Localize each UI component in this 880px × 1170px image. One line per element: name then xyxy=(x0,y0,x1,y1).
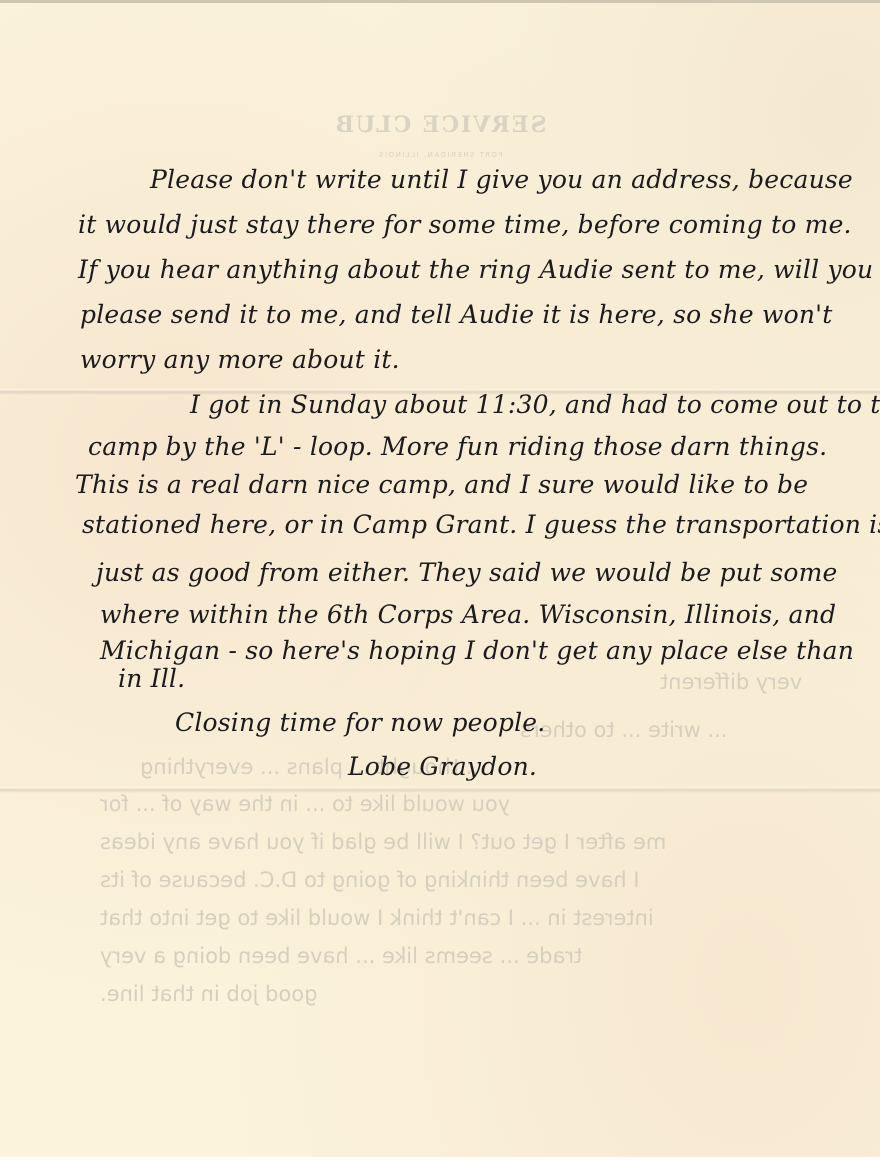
closing-line: Closing time for now people. xyxy=(175,708,545,737)
letter-line: I got in Sunday about 11:30, and had to … xyxy=(190,390,880,419)
letter-line: Michigan - so here's hoping I don't get … xyxy=(100,636,854,665)
letter-page: SERVICE CLUB FORT SHERIDAN, ILLINOIS ver… xyxy=(0,0,880,1157)
letter-line: where within the 6th Corps Area. Wiscons… xyxy=(100,600,836,629)
letter-line: it would just stay there for some time, … xyxy=(78,210,852,239)
letter-line: in Ill. xyxy=(118,664,185,693)
reverse-text-line: me after I get out? I will be glad if yo… xyxy=(100,830,666,854)
reverse-text-line: I have been thinking of going to D.C. be… xyxy=(100,868,640,892)
reverse-text-line: trade ... seems like ... have been doing… xyxy=(100,944,582,968)
reverse-text-line: good job in that line. xyxy=(100,982,317,1006)
reverse-text-line: you would like to ... in the way of ... … xyxy=(100,792,510,816)
letter-line: worry any more about it. xyxy=(80,345,400,374)
letterhead-showthrough-subtitle: FORT SHERIDAN, ILLINOIS xyxy=(0,151,880,159)
letter-line: This is a real darn nice camp, and I sur… xyxy=(75,470,808,499)
signature: Lobe Graydon. xyxy=(348,752,537,781)
paper-edge xyxy=(0,0,880,3)
fold-crease xyxy=(0,787,880,793)
letter-line: please send it to me, and tell Audie it … xyxy=(80,300,832,329)
reverse-text-line: ... write ... to others xyxy=(520,718,728,742)
letterhead-showthrough-title: SERVICE CLUB xyxy=(0,112,880,138)
reverse-text-line: very different xyxy=(660,670,802,694)
letter-line: If you hear anything about the ring Audi… xyxy=(78,255,873,284)
letter-line: just as good from either. They said we w… xyxy=(96,558,838,587)
reverse-text-line: interest in ... I can't think I would li… xyxy=(100,906,654,930)
letter-line: camp by the 'L' - loop. More fun riding … xyxy=(88,432,827,461)
letter-line: stationed here, or in Camp Grant. I gues… xyxy=(82,510,880,539)
letter-line: Please don't write until I give you an a… xyxy=(150,165,853,194)
